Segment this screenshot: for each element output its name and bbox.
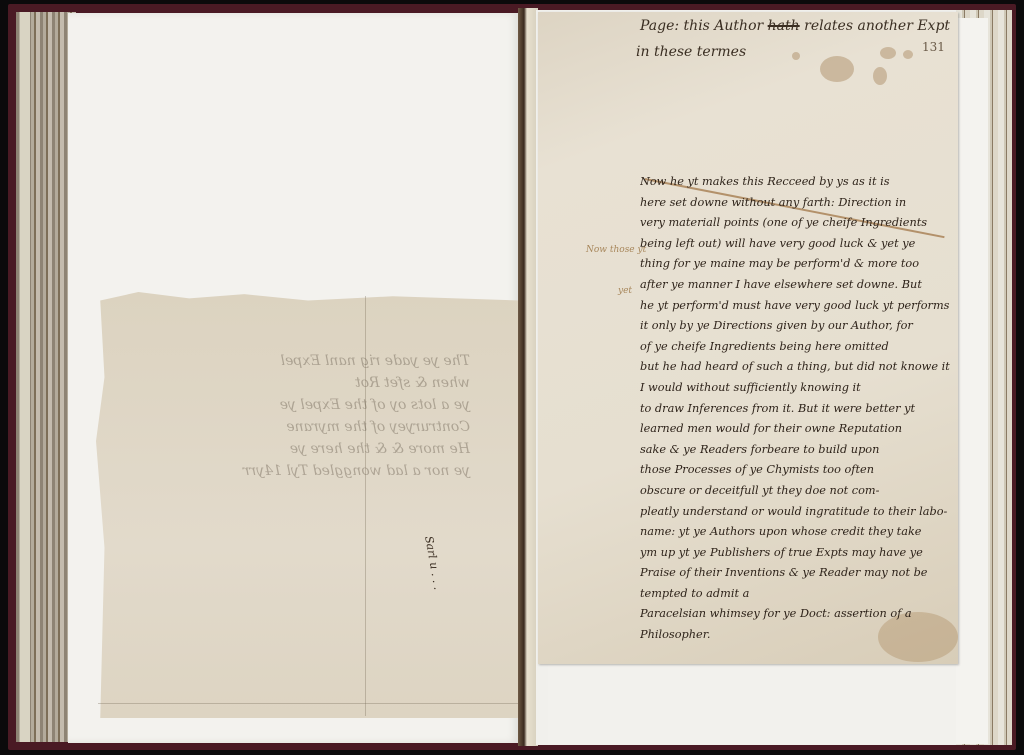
manuscript-line: Paracelsian whimsey for ye Doct: asserti… (640, 604, 960, 625)
manuscript-line: Philosopher. (640, 625, 960, 646)
manuscript-line: thing for ye maine may be perform'd & mo… (640, 254, 960, 275)
margin-note: Now those yt (586, 245, 646, 255)
manuscript-line: learned men would for their owne Reputat… (640, 419, 960, 440)
ink-stain (880, 47, 896, 59)
fragment-line: when & sfet Rot (130, 372, 470, 394)
manuscript-line: but he had heard of such a thing, but di… (640, 357, 960, 378)
page-heading-line-1: Page: this Author hath relates another E… (640, 18, 950, 34)
fragment-line: ye nor a lad wonggled Tyl 14yrr (130, 460, 470, 482)
manuscript-line: ym up yt ye Publishers of true Expts may… (640, 543, 960, 564)
book-gutter (518, 8, 538, 746)
heading-struck-word: hath (768, 18, 800, 34)
fragment-horizontal-fold (98, 703, 518, 704)
manuscript-line: name: yt ye Authors upon whose credit th… (640, 522, 960, 543)
manuscript-line: Praise of their Inventions & ye Reader m… (640, 563, 960, 584)
fragment-line: Contruryey of the myrane (130, 416, 470, 438)
ink-stain (903, 50, 913, 59)
fragment-show-through-text: The ye yade rig nanl Expel when & sfet R… (130, 350, 470, 482)
manuscript-line: he yt perform'd must have very good luck… (640, 296, 960, 317)
manuscript-line: here set downe without any farth: Direct… (640, 193, 960, 214)
margin-note: yet (618, 286, 632, 296)
fragment-line: He more & & the here ye (130, 438, 470, 460)
manuscript-line: I would without sufficiently knowing it (640, 378, 960, 399)
manuscript-line: those Processes of ye Chymists too often (640, 460, 960, 481)
manuscript-line: very materiall points (one of ye cheife … (640, 213, 960, 234)
manuscript-line: Now he yt makes this Recceed by ys as it… (640, 172, 960, 193)
manuscript-line: tempted to admit a (640, 584, 960, 605)
manuscript-line: to draw Inferences from it. But it were … (640, 399, 960, 420)
manuscript-line: obscure or deceitfull yt they doe not co… (640, 481, 960, 502)
fragment-line: The ye yade rig nanl Expel (130, 350, 470, 372)
left-endpaper-edge (20, 12, 30, 742)
heading-text: relates another Expt (804, 18, 950, 34)
manuscript-body: Now he yt makes this Recceed by ys as it… (640, 172, 960, 646)
heading-text: Page: this Author (640, 18, 763, 34)
manuscript-line: after ye manner I have elsewhere set dow… (640, 275, 960, 296)
page-heading-line-2: in these termes (636, 44, 746, 60)
ink-stain (873, 67, 887, 85)
manuscript-line: it only by ye Directions given by our Au… (640, 316, 960, 337)
fragment-line: ye a lots oy of the Expel ye (130, 394, 470, 416)
manuscript-line: being left out) will have very good luck… (640, 234, 960, 255)
manuscript-line: pleatly understand or would ingratitude … (640, 502, 960, 523)
ink-stain (792, 52, 800, 60)
folio-number: 131 (922, 40, 945, 54)
manuscript-line: sake & ye Readers forbeare to build upon (640, 440, 960, 461)
bottom-backing-card (548, 664, 956, 744)
ink-stain (820, 56, 854, 82)
manuscript-line: of ye cheife Ingredients being here omit… (640, 337, 960, 358)
